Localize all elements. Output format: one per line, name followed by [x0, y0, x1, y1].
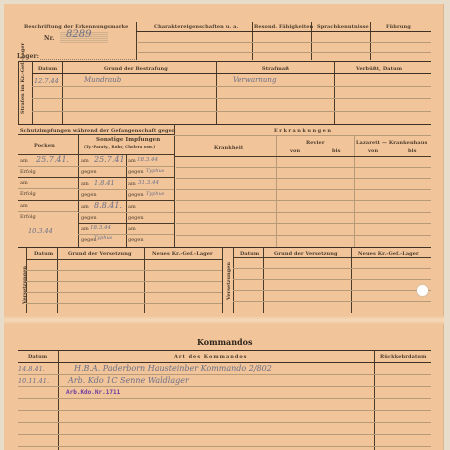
sonst-r-gegen-val-2: Typhus	[146, 191, 164, 197]
sonst-r-date-2: 31.3.44	[138, 180, 159, 186]
vers1-col-datum: Datum	[34, 251, 53, 257]
sonst-am-4: am	[81, 226, 89, 232]
pocken-am-2: am	[20, 180, 28, 186]
lager-dotline	[40, 59, 135, 60]
sonst-r-gegen-3: gegen	[128, 215, 144, 221]
pocken-erfolg-1: Erfolg	[20, 169, 36, 175]
pocken-am-1: am	[20, 158, 28, 164]
sonst-r-am-1: am	[128, 158, 136, 164]
lazarett-bis: bis	[408, 148, 417, 154]
kommandos-col-datum: Datum	[28, 354, 47, 360]
col-charakter: Charaktereigenschaften u. a.	[154, 24, 238, 30]
strafe-strafmass: Verwarnung	[233, 76, 276, 84]
kommando-art-1: H.B.A. Paderborn Hausteinber Kommando 2/…	[74, 364, 272, 373]
col-revier: Revier	[306, 140, 325, 146]
lazarett-von: von	[368, 148, 378, 154]
strafen-col-grund: Grund der Bestrafung	[104, 66, 168, 72]
kommando-art-2: Arb. Kdo 1C Senne Waldlager	[68, 376, 189, 385]
pocken-erfolg-date-3: 10.3.44	[28, 227, 53, 235]
nr-label: Nr.	[44, 35, 54, 42]
vers1-col-lager: Neues Kr.-Gef.-Lager	[152, 251, 213, 257]
kommando-stamp: Arb.Kdo.Nr.1711	[66, 389, 120, 396]
sonst-r-am-2: am	[128, 181, 136, 187]
strafen-col-verbuesst: Verbüßt, Datum	[356, 66, 402, 72]
pocken-erfolg-2: Erfolg	[20, 191, 36, 197]
pocken-date-1: 25.7.41.	[36, 155, 69, 164]
pocken-erfolg-3: Erfolg	[20, 214, 36, 220]
sonst-gegen-3: gegen	[81, 215, 97, 221]
punch-hole	[417, 285, 428, 296]
sonst-date-4: 18.3.44	[90, 225, 111, 231]
col-krankheit: Krankheit	[214, 145, 243, 151]
sonst-gegen-2: gegen	[81, 192, 97, 198]
col-faehigkeiten: Besond. Fähigkeiten	[254, 24, 313, 30]
strafen-col-strafmass: Strafmaß	[262, 66, 289, 72]
sonst-am-1: am	[81, 158, 89, 164]
sonst-r-gegen-val-1: Typhus	[146, 168, 164, 174]
col-pocken: Pocken	[34, 143, 55, 149]
sonst-gegen-val-4: Typhus	[94, 235, 112, 241]
versetzungen-side-label-2: Versetzungen	[226, 262, 232, 300]
pocken-am-3: am	[20, 203, 28, 209]
strafe-grund: Mundraub	[84, 76, 121, 84]
kommandos-col-rueckkehr: Rückkehrdatum	[380, 354, 427, 360]
revier-von: von	[290, 148, 300, 154]
col-sonstige: Sonstige Impfungen	[96, 137, 160, 143]
vers1-col-grund: Grund der Versetzung	[68, 251, 132, 257]
col-sonstige-sub: (Ty.-Paraty., Ruhr, Cholera usw.)	[84, 144, 155, 149]
sonst-am-3: am	[81, 204, 89, 210]
sonst-r-am-3: am	[128, 204, 136, 210]
strafen-col-datum: Datum	[38, 66, 57, 72]
strafe-datum: 12.7.44	[34, 77, 59, 85]
sonst-r-gegen-4: gegen	[128, 237, 144, 243]
fold-line	[4, 316, 444, 324]
sonst-am-2: am	[81, 181, 89, 187]
kommandos-title: Kommandos	[197, 337, 252, 347]
erkrankungen-title: Erkrankungen	[274, 128, 332, 134]
sonst-r-date-1: 18.3.44	[137, 157, 158, 163]
sonst-r-gegen-2: gegen	[128, 192, 144, 198]
sonst-date-1: 25.7.41	[94, 155, 125, 164]
sonst-date-3: 8.8.41.	[94, 201, 122, 210]
strafen-side-label: Strafen im Kr.-Gef.-Lager	[20, 43, 26, 114]
col-lazarett: Lazarett — Krankenhaus	[356, 140, 427, 146]
col-sprach: Sprachkenntnisse	[317, 24, 369, 30]
pow-record-card: Beschriftung der Erkennungsmarke Nr. 828…	[4, 4, 444, 450]
sonst-r-gegen-1: gegen	[128, 169, 144, 175]
sonst-date-2: 1.8.41	[94, 179, 115, 187]
sonst-gegen-1: gegen	[81, 169, 97, 175]
col-fuehrung: Führung	[386, 24, 411, 30]
kommandos-col-art: Art des Kommandos	[174, 354, 247, 360]
kommando-datum-1: 14.8.41.	[18, 365, 45, 373]
versetzungen-side-label-1: Versetzungen	[22, 266, 28, 304]
revier-bis: bis	[332, 148, 341, 154]
sonst-r-am-4: am	[128, 226, 136, 232]
kommando-datum-2: 10.11.41.	[18, 377, 49, 385]
nr-value: 8289	[66, 29, 91, 40]
